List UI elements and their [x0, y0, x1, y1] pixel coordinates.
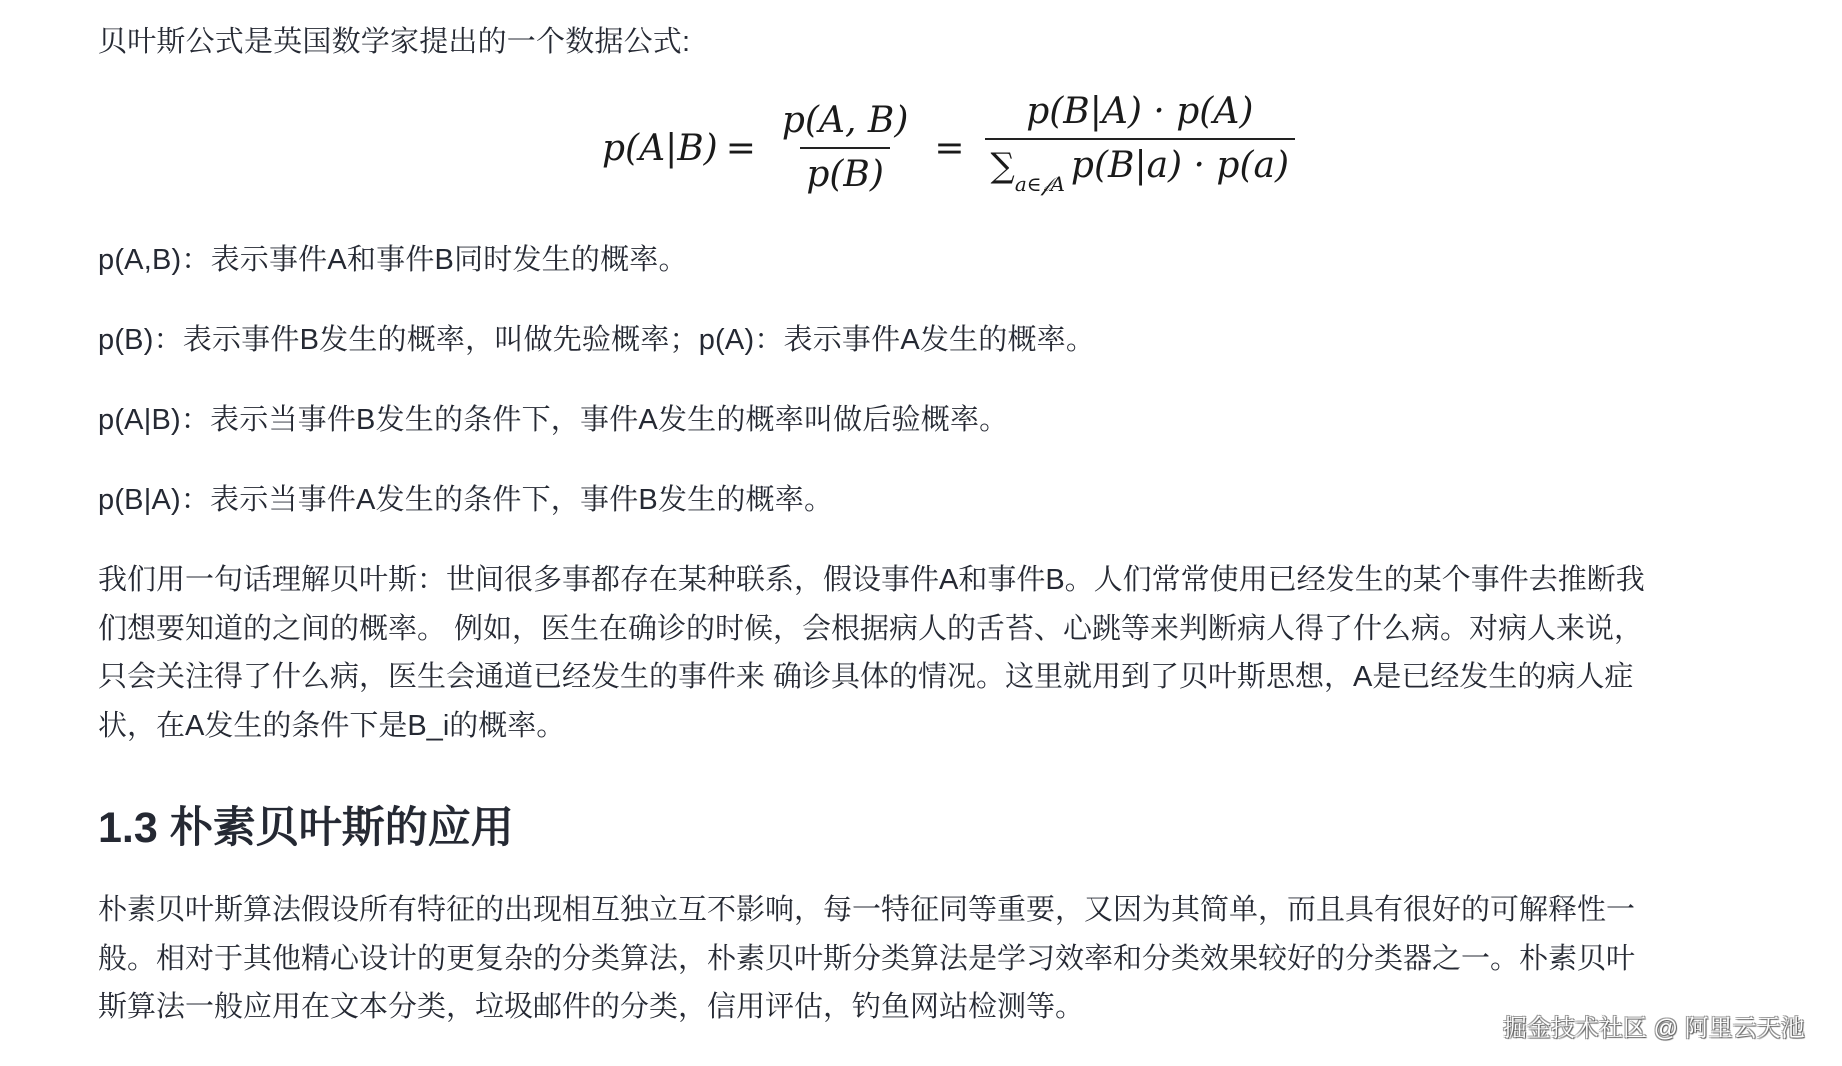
formula-equals-2: =	[934, 128, 964, 169]
paragraph-line: 我们用一句话理解贝叶斯：世间很多事都存在某种联系，假设事件A和事件B。人们常常使…	[98, 556, 1818, 605]
paragraph-line: 般。相对于其他精心设计的更复杂的分类算法，朴素贝叶斯分类算法是学习效率和分类效果…	[98, 935, 1818, 984]
paragraph-line: 状，在A发生的条件下是B_i的概率。	[98, 702, 1818, 751]
bayes-formula: p(A|B) = p(A, B) p(B) = p(B|A) · p(A) ∑a…	[602, 92, 1307, 204]
section-heading: 1.3 朴素贝叶斯的应用	[98, 800, 514, 856]
definition-posterior: p(A|B)：表示当事件B发生的条件下，事件A发生的概率叫做后验概率。	[98, 396, 1008, 444]
fraction-bayes-expansion: p(B|A) · p(A) ∑a∈𝒻Ap(B|a) · p(a)	[985, 92, 1295, 204]
paragraph-line: 们想要知道的之间的概率。 例如，医生在确诊的时候，会根据病人的舌苔、心跳等来判断…	[98, 605, 1818, 654]
fraction-numerator: p(A, B)	[776, 101, 914, 147]
explanation-paragraph: 我们用一句话理解贝叶斯：世间很多事都存在某种联系，假设事件A和事件B。人们常常使…	[98, 556, 1818, 750]
summation-term: p(B|a) · p(a)	[1071, 145, 1289, 186]
formula-equals-1: =	[726, 128, 756, 169]
watermark: 掘金技术社区 @ 阿里云天池	[1503, 1008, 1805, 1043]
definition-prior: p(B)：表示事件B发生的概率，叫做先验概率；p(A)：表示事件A发生的概率。	[98, 316, 1095, 364]
definition-joint: p(A,B)：表示事件A和事件B同时发生的概率。	[98, 236, 688, 284]
summation-symbol: ∑	[991, 146, 1015, 186]
paragraph-line: 朴素贝叶斯算法假设所有特征的出现相互独立互不影响，每一特征同等重要，又因为其简单…	[98, 886, 1818, 935]
definition-likelihood: p(B|A)：表示当事件A发生的条件下，事件B发生的概率。	[98, 476, 833, 524]
fraction-denominator: ∑a∈𝒻Ap(B|a) · p(a)	[985, 138, 1295, 204]
fraction-denominator: p(B)	[800, 147, 890, 195]
paragraph-line: 只会关注得了什么病，医生会通道已经发生的事件来 确诊具体的情况。这里就用到了贝叶…	[98, 653, 1818, 702]
fraction-numerator: p(B|A) · p(A)	[1020, 92, 1259, 138]
summation-subscript: a∈𝒻A	[1015, 172, 1065, 196]
fraction-joint-over-marginal: p(A, B) p(B)	[776, 101, 914, 195]
intro-text: 贝叶斯公式是英国数学家提出的一个数据公式:	[98, 18, 690, 66]
formula-lhs: p(A|B)	[602, 128, 718, 169]
